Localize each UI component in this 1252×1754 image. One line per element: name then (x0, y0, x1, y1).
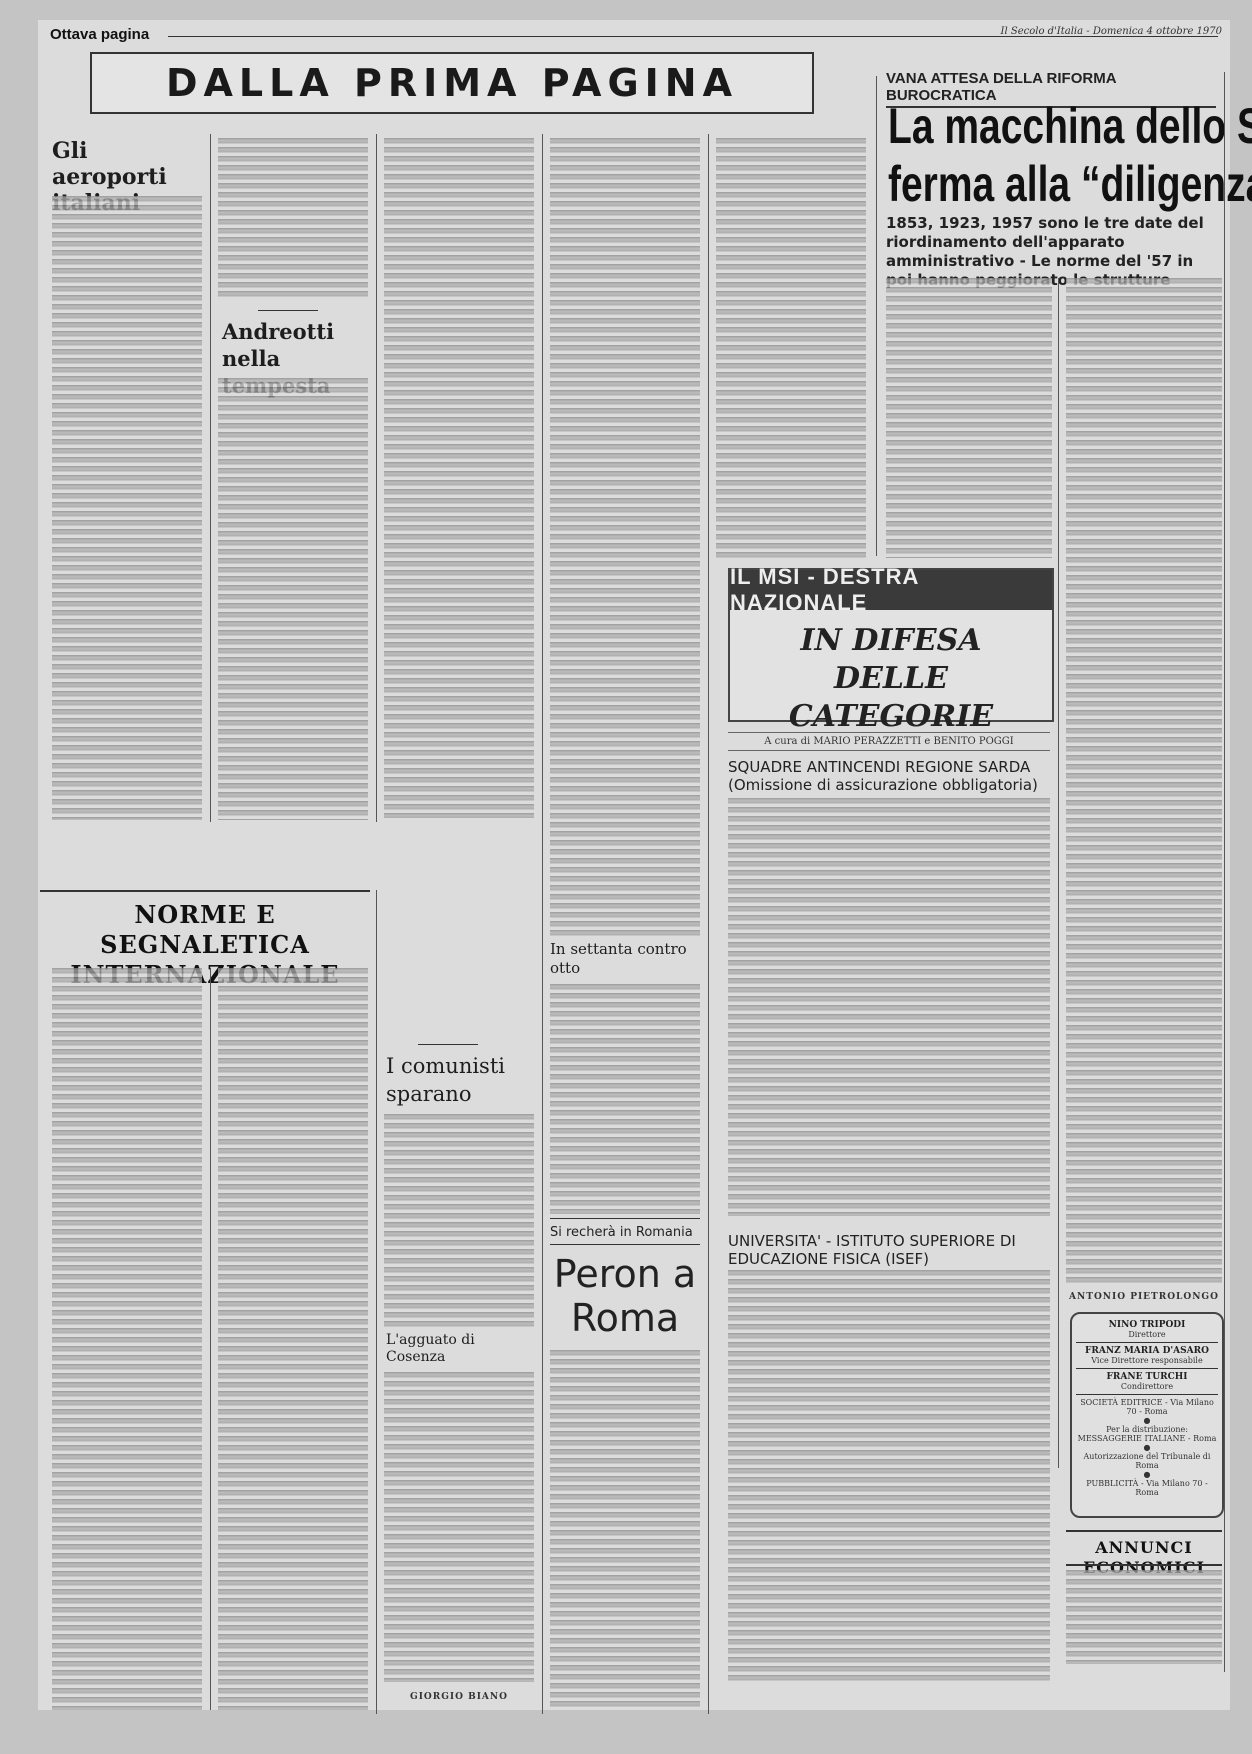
article-body-macchina-b (1066, 278, 1222, 1286)
column-rule (210, 968, 211, 1710)
column-rule (1058, 278, 1059, 1468)
column-rule (708, 134, 709, 1714)
divider (258, 310, 318, 311)
director-name: NINO TRIPODI (1072, 1320, 1222, 1330)
article-body-norme-a (52, 968, 202, 1710)
bullet: ● (1072, 1416, 1222, 1425)
divider (1066, 1530, 1222, 1532)
column-rule (376, 134, 377, 822)
article-body-comunisti (384, 1114, 534, 1328)
article-body-agguato (384, 1372, 534, 1682)
column-rule (210, 134, 211, 822)
msi-byline: A cura di MARIO PERAZZETTI e BENITO POGG… (728, 732, 1050, 751)
divider (550, 1244, 700, 1245)
signature-macchina: ANTONIO PIETROLONGO (1066, 1292, 1222, 1302)
msi-item1-subtitle: (Omissione di assicurazione obbligatoria… (728, 776, 1058, 794)
signature-agguato: GIORGIO BIANO (384, 1692, 534, 1702)
newspaper-page: Ottava pagina Il Secolo d'Italia - Domen… (38, 20, 1230, 1710)
classifieds-body (1066, 1570, 1222, 1664)
divider (40, 890, 370, 892)
vice-name: FRANZ MARIA D'ASARO (1072, 1346, 1222, 1356)
msi-header-box: IL MSI - DESTRA NAZIONALE IN DIFESA DELL… (728, 568, 1054, 722)
article-body-peron (550, 1350, 700, 1710)
divider (418, 1044, 478, 1045)
header-rule (168, 36, 1218, 37)
vice-role: Vice Direttore responsabile (1072, 1356, 1222, 1365)
divider (550, 1218, 700, 1219)
masthead-box: NINO TRIPODI Direttore FRANZ MARIA D'ASA… (1070, 1312, 1224, 1518)
authorization-info: Autorizzazione del Tribunale di Roma (1072, 1452, 1222, 1470)
article-body-settanta (550, 984, 700, 1214)
article-body-col5 (716, 138, 866, 558)
director-role: Direttore (1072, 1330, 1222, 1339)
advertising-info: PUBBLICITÀ - Via Milano 70 - Roma (1072, 1479, 1222, 1497)
column-rule (542, 134, 543, 1714)
headline-macchina-line2: ferma alla “diligenza„ (888, 158, 1252, 210)
article-body-col4 (550, 138, 700, 938)
bullet: ● (1072, 1470, 1222, 1479)
article-body-andreotti (218, 378, 368, 820)
msi-item2-body (728, 1270, 1050, 1684)
msi-title-line1: IN DIFESA (730, 622, 1052, 660)
article-body-col3 (384, 138, 534, 818)
headline-settanta: In settanta contro otto (550, 940, 700, 978)
third-role: Condirettore (1072, 1382, 1222, 1391)
msi-title-line2: DELLE CATEGORIE (730, 660, 1052, 736)
page-folio: Ottava pagina (50, 26, 149, 43)
divider (1066, 1564, 1222, 1566)
article-body-norme-b (218, 968, 368, 1710)
headline-agguato: L'agguato di Cosenza (386, 1332, 536, 1366)
msi-item1-title: SQUADRE ANTINCENDI REGIONE SARDA (728, 758, 1058, 776)
column-rule (376, 890, 377, 1714)
right-margin-rule (1224, 72, 1225, 1672)
third-name: FRANE TURCHI (1072, 1372, 1222, 1382)
article-body-aeroporti (52, 196, 202, 820)
section-banner: DALLA PRIMA PAGINA (90, 52, 814, 114)
headline-peron: Peron a Roma (550, 1252, 700, 1340)
kicker-peron: Si recherà in Romania (550, 1224, 700, 1242)
msi-band: IL MSI - DESTRA NAZIONALE (730, 570, 1052, 610)
article-body-macchina-a (886, 278, 1052, 558)
bullet: ● (1072, 1443, 1222, 1452)
headline-macchina-line1: La macchina dello Stato (888, 100, 1252, 152)
msi-item1-body (728, 798, 1050, 1216)
article-body-aeroporti-cont (218, 138, 368, 300)
distribution-info: Per la distribuzione: MESSAGGERIE ITALIA… (1072, 1425, 1222, 1443)
publisher-info: SOCIETÀ EDITRICE - Via Milano 70 - Roma (1072, 1398, 1222, 1416)
banner-title: DALLA PRIMA PAGINA (166, 61, 738, 105)
column-rule (876, 76, 877, 556)
headline-comunisti: I comunisti sparano (386, 1052, 536, 1108)
msi-item2-title: UNIVERSITA' - ISTITUTO SUPERIORE DI EDUC… (728, 1232, 1050, 1268)
